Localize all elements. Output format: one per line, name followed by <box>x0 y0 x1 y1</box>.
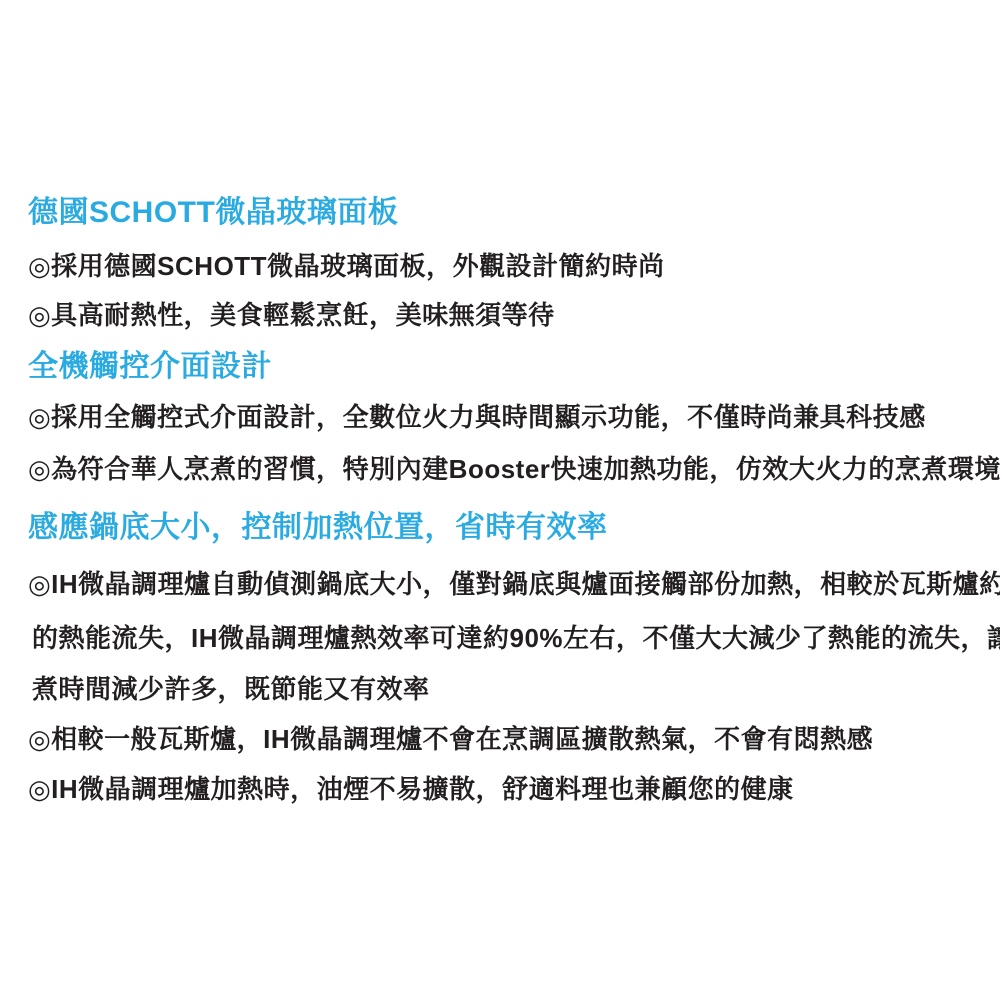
section-heading-touch-interface: 全機觸控介面設計 <box>28 351 272 383</box>
section-heading-pot-size-sensing: 感應鍋底大小，控制加熱位置，省時有效率 <box>28 512 608 544</box>
bullet-auto-detect-line-2: 的熱能流失，IH微晶調理爐熱效率可達約90%左右，不僅大大減少了熱能的流失，讓烹 <box>32 623 1000 653</box>
bullet-booster-function: ◎為符合華人烹煮的習慣，特別內建Booster快速加熱功能，仿效大火力的烹煮環境 <box>28 454 1000 484</box>
product-description-page: 德國SCHOTT微晶玻璃面板 ◎採用德國SCHOTT微晶玻璃面板，外觀設計簡約時… <box>0 0 1000 1000</box>
section-heading-schott-glass-panel: 德國SCHOTT微晶玻璃面板 <box>28 197 398 229</box>
bullet-less-oil-smoke: ◎IH微晶調理爐加熱時，油煙不易擴散，舒適料理也兼顧您的健康 <box>28 774 794 804</box>
bullet-no-heat-spread: ◎相較一般瓦斯爐，IH微晶調理爐不會在烹調區擴散熱氣，不會有悶熱感 <box>28 724 873 754</box>
bullet-schott-panel-design: ◎採用德國SCHOTT微晶玻璃面板，外觀設計簡約時尚 <box>28 251 665 281</box>
bullet-auto-detect-line-3: 煮時間減少許多，既節能又有效率 <box>32 674 430 704</box>
bullet-auto-detect-line-1: ◎IH微晶調理爐自動偵測鍋底大小，僅對鍋底與爐面接觸部份加熱，相較於瓦斯爐約50… <box>28 569 1000 599</box>
bullet-heat-resistance: ◎具高耐熱性，美食輕鬆烹飪，美味無須等待 <box>28 300 555 330</box>
bullet-touch-control-design: ◎採用全觸控式介面設計，全數位火力與時間顯示功能，不僅時尚兼具科技感 <box>28 402 926 432</box>
